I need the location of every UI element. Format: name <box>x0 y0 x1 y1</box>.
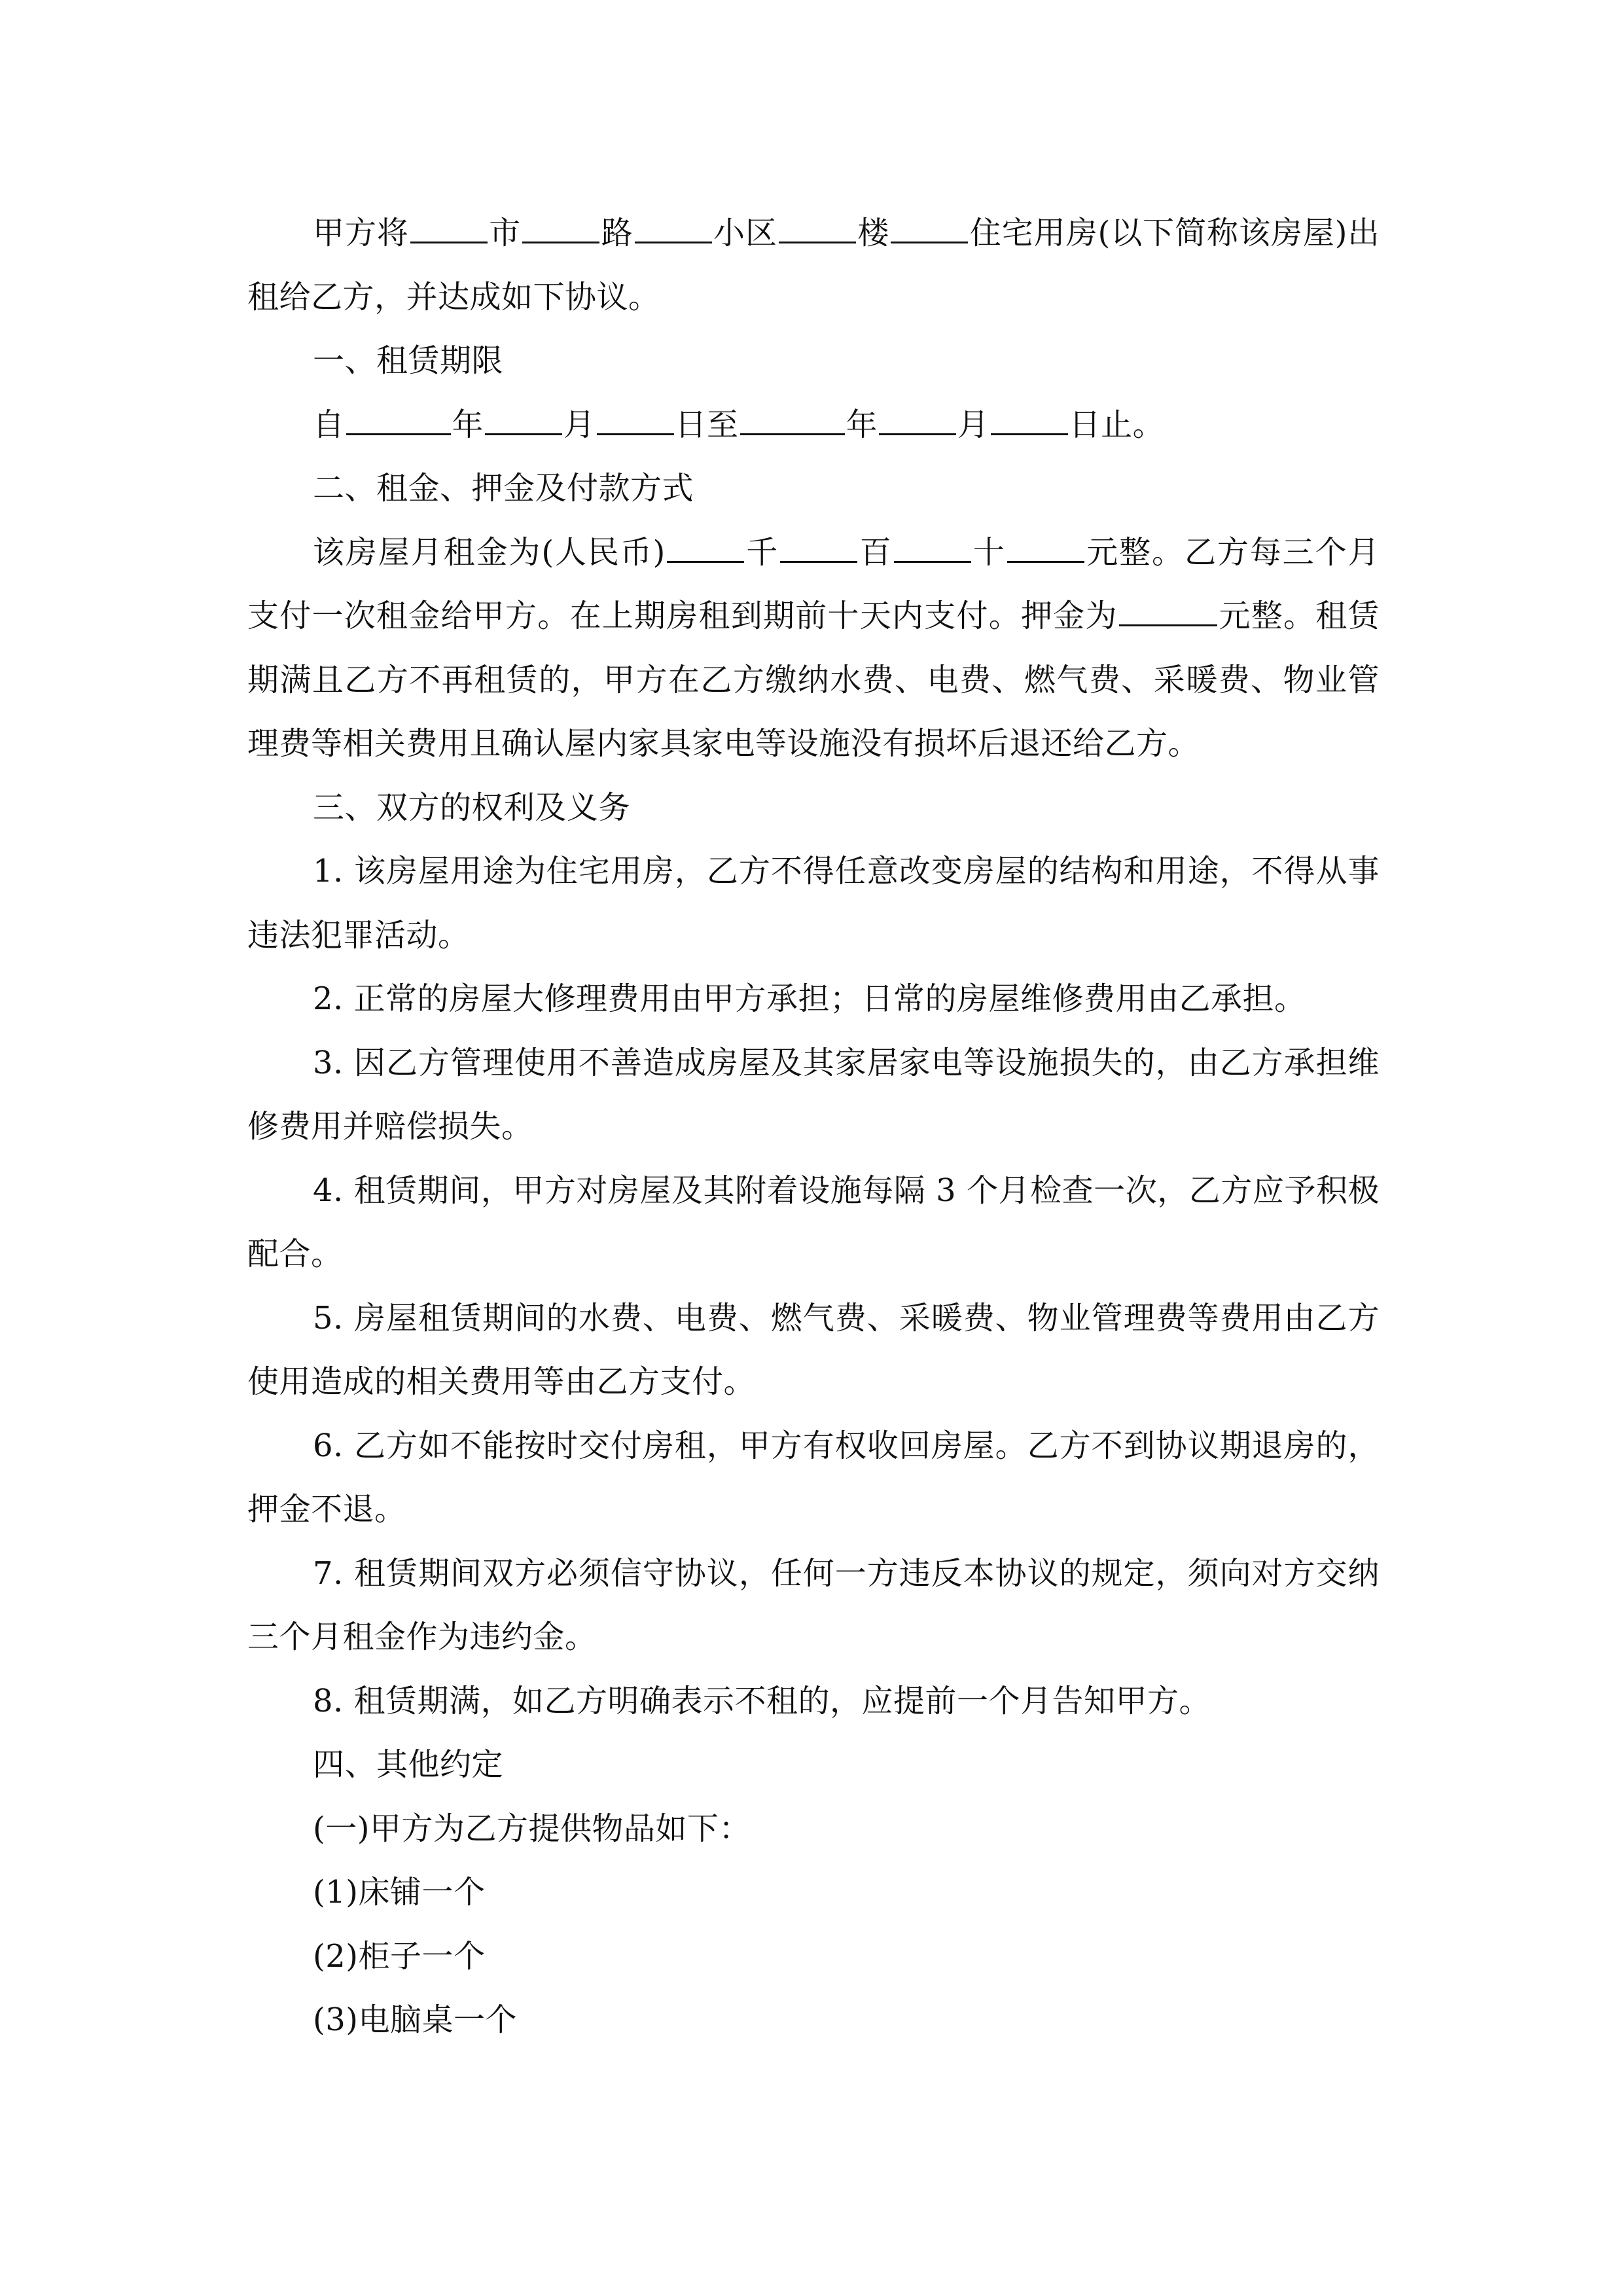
period-day2-end: 日止。 <box>1069 406 1165 443</box>
intro-community: 小区 <box>713 215 777 251</box>
end-year-blank[interactable] <box>740 433 845 435</box>
lease-period: 自年月日至年月日止。 <box>247 393 1380 457</box>
start-day-blank[interactable] <box>597 433 674 435</box>
section1-heading: 一、租赁期限 <box>247 329 1380 393</box>
section4-heading: 四、其他约定 <box>247 1733 1380 1797</box>
building-blank[interactable] <box>779 241 856 243</box>
clause-7: 7. 租赁期间双方必须信守协议，任何一方违反本协议的规定，须向对方交纳三个月租金… <box>247 1542 1380 1670</box>
start-month-blank[interactable] <box>485 433 562 435</box>
start-year-blank[interactable] <box>346 433 451 435</box>
unit-blank[interactable] <box>891 241 968 243</box>
intro-paragraph: 甲方将市路小区楼住宅用房(以下简称该房屋)出租给乙方，并达成如下协议。 <box>247 202 1380 329</box>
rent-prefix: 该房屋月租金为(人民币) <box>313 534 666 571</box>
provided-item-2: (2)柜子一个 <box>247 1925 1380 1989</box>
document-page: 甲方将市路小区楼住宅用房(以下简称该房屋)出租给乙方，并达成如下协议。 一、租赁… <box>247 202 1380 2053</box>
period-month2: 月 <box>957 406 990 443</box>
rent-paragraph: 该房屋月租金为(人民币)千百十元整。乙方每三个月支付一次租金给甲方。在上期房租到… <box>247 521 1380 776</box>
period-year2: 年 <box>846 406 878 443</box>
intro-rest: 住宅用房(以下简称该房屋)出租给乙方，并达成如下协议。 <box>247 215 1380 315</box>
period-day1-to: 日至 <box>675 406 739 443</box>
rent-ten-blank[interactable] <box>894 560 971 563</box>
intro-city: 市 <box>489 215 521 251</box>
clause-3: 3. 因乙方管理使用不善造成房屋及其家居家电等设施损失的，由乙方承担维修费用并赔… <box>247 1031 1380 1159</box>
clause-4: 4. 租赁期间，甲方对房屋及其附着设施每隔 3 个月检查一次，乙方应予积极配合。 <box>247 1159 1380 1287</box>
period-year1: 年 <box>452 406 484 443</box>
clause-8: 8. 租赁期满，如乙方明确表示不租的，应提前一个月告知甲方。 <box>247 1670 1380 1734</box>
rent-ten: 十 <box>972 534 1006 571</box>
end-month-blank[interactable] <box>879 433 956 435</box>
rent-thousand: 千 <box>745 534 779 571</box>
city-blank[interactable] <box>410 241 488 243</box>
intro-road: 路 <box>601 215 633 251</box>
intro-prefix: 甲方将 <box>313 215 409 251</box>
section3-heading: 三、双方的权利及义务 <box>247 776 1380 840</box>
deposit-blank[interactable] <box>1119 624 1217 626</box>
provided-item-3: (3)电脑桌一个 <box>247 1988 1380 2053</box>
clause-2: 2. 正常的房屋大修理费用由甲方承担；日常的房屋维修费用由乙承担。 <box>247 967 1380 1031</box>
rent-hundred: 百 <box>859 534 892 571</box>
provided-item-1: (1)床铺一个 <box>247 1861 1380 1925</box>
end-day-blank[interactable] <box>991 433 1068 435</box>
rent-thousand-blank[interactable] <box>667 560 744 563</box>
period-from: 自 <box>313 406 345 443</box>
clause-5: 5. 房屋租赁期间的水费、电费、燃气费、采暖费、物业管理费等费用由乙方使用造成的… <box>247 1287 1380 1414</box>
community-blank[interactable] <box>635 241 712 243</box>
provided-items-heading: (一)甲方为乙方提供物品如下： <box>247 1797 1380 1861</box>
road-blank[interactable] <box>522 241 599 243</box>
intro-building: 楼 <box>857 215 889 251</box>
period-month1: 月 <box>563 406 596 443</box>
rent-unit-blank[interactable] <box>1007 560 1084 563</box>
clause-1: 1. 该房屋用途为住宅用房，乙方不得任意改变房屋的结构和用途，不得从事违法犯罪活… <box>247 840 1380 967</box>
rent-hundred-blank[interactable] <box>780 560 857 563</box>
clause-6: 6. 乙方如不能按时交付房租，甲方有权收回房屋。乙方不到协议期退房的，押金不退。 <box>247 1414 1380 1542</box>
section2-heading: 二、租金、押金及付款方式 <box>247 457 1380 521</box>
